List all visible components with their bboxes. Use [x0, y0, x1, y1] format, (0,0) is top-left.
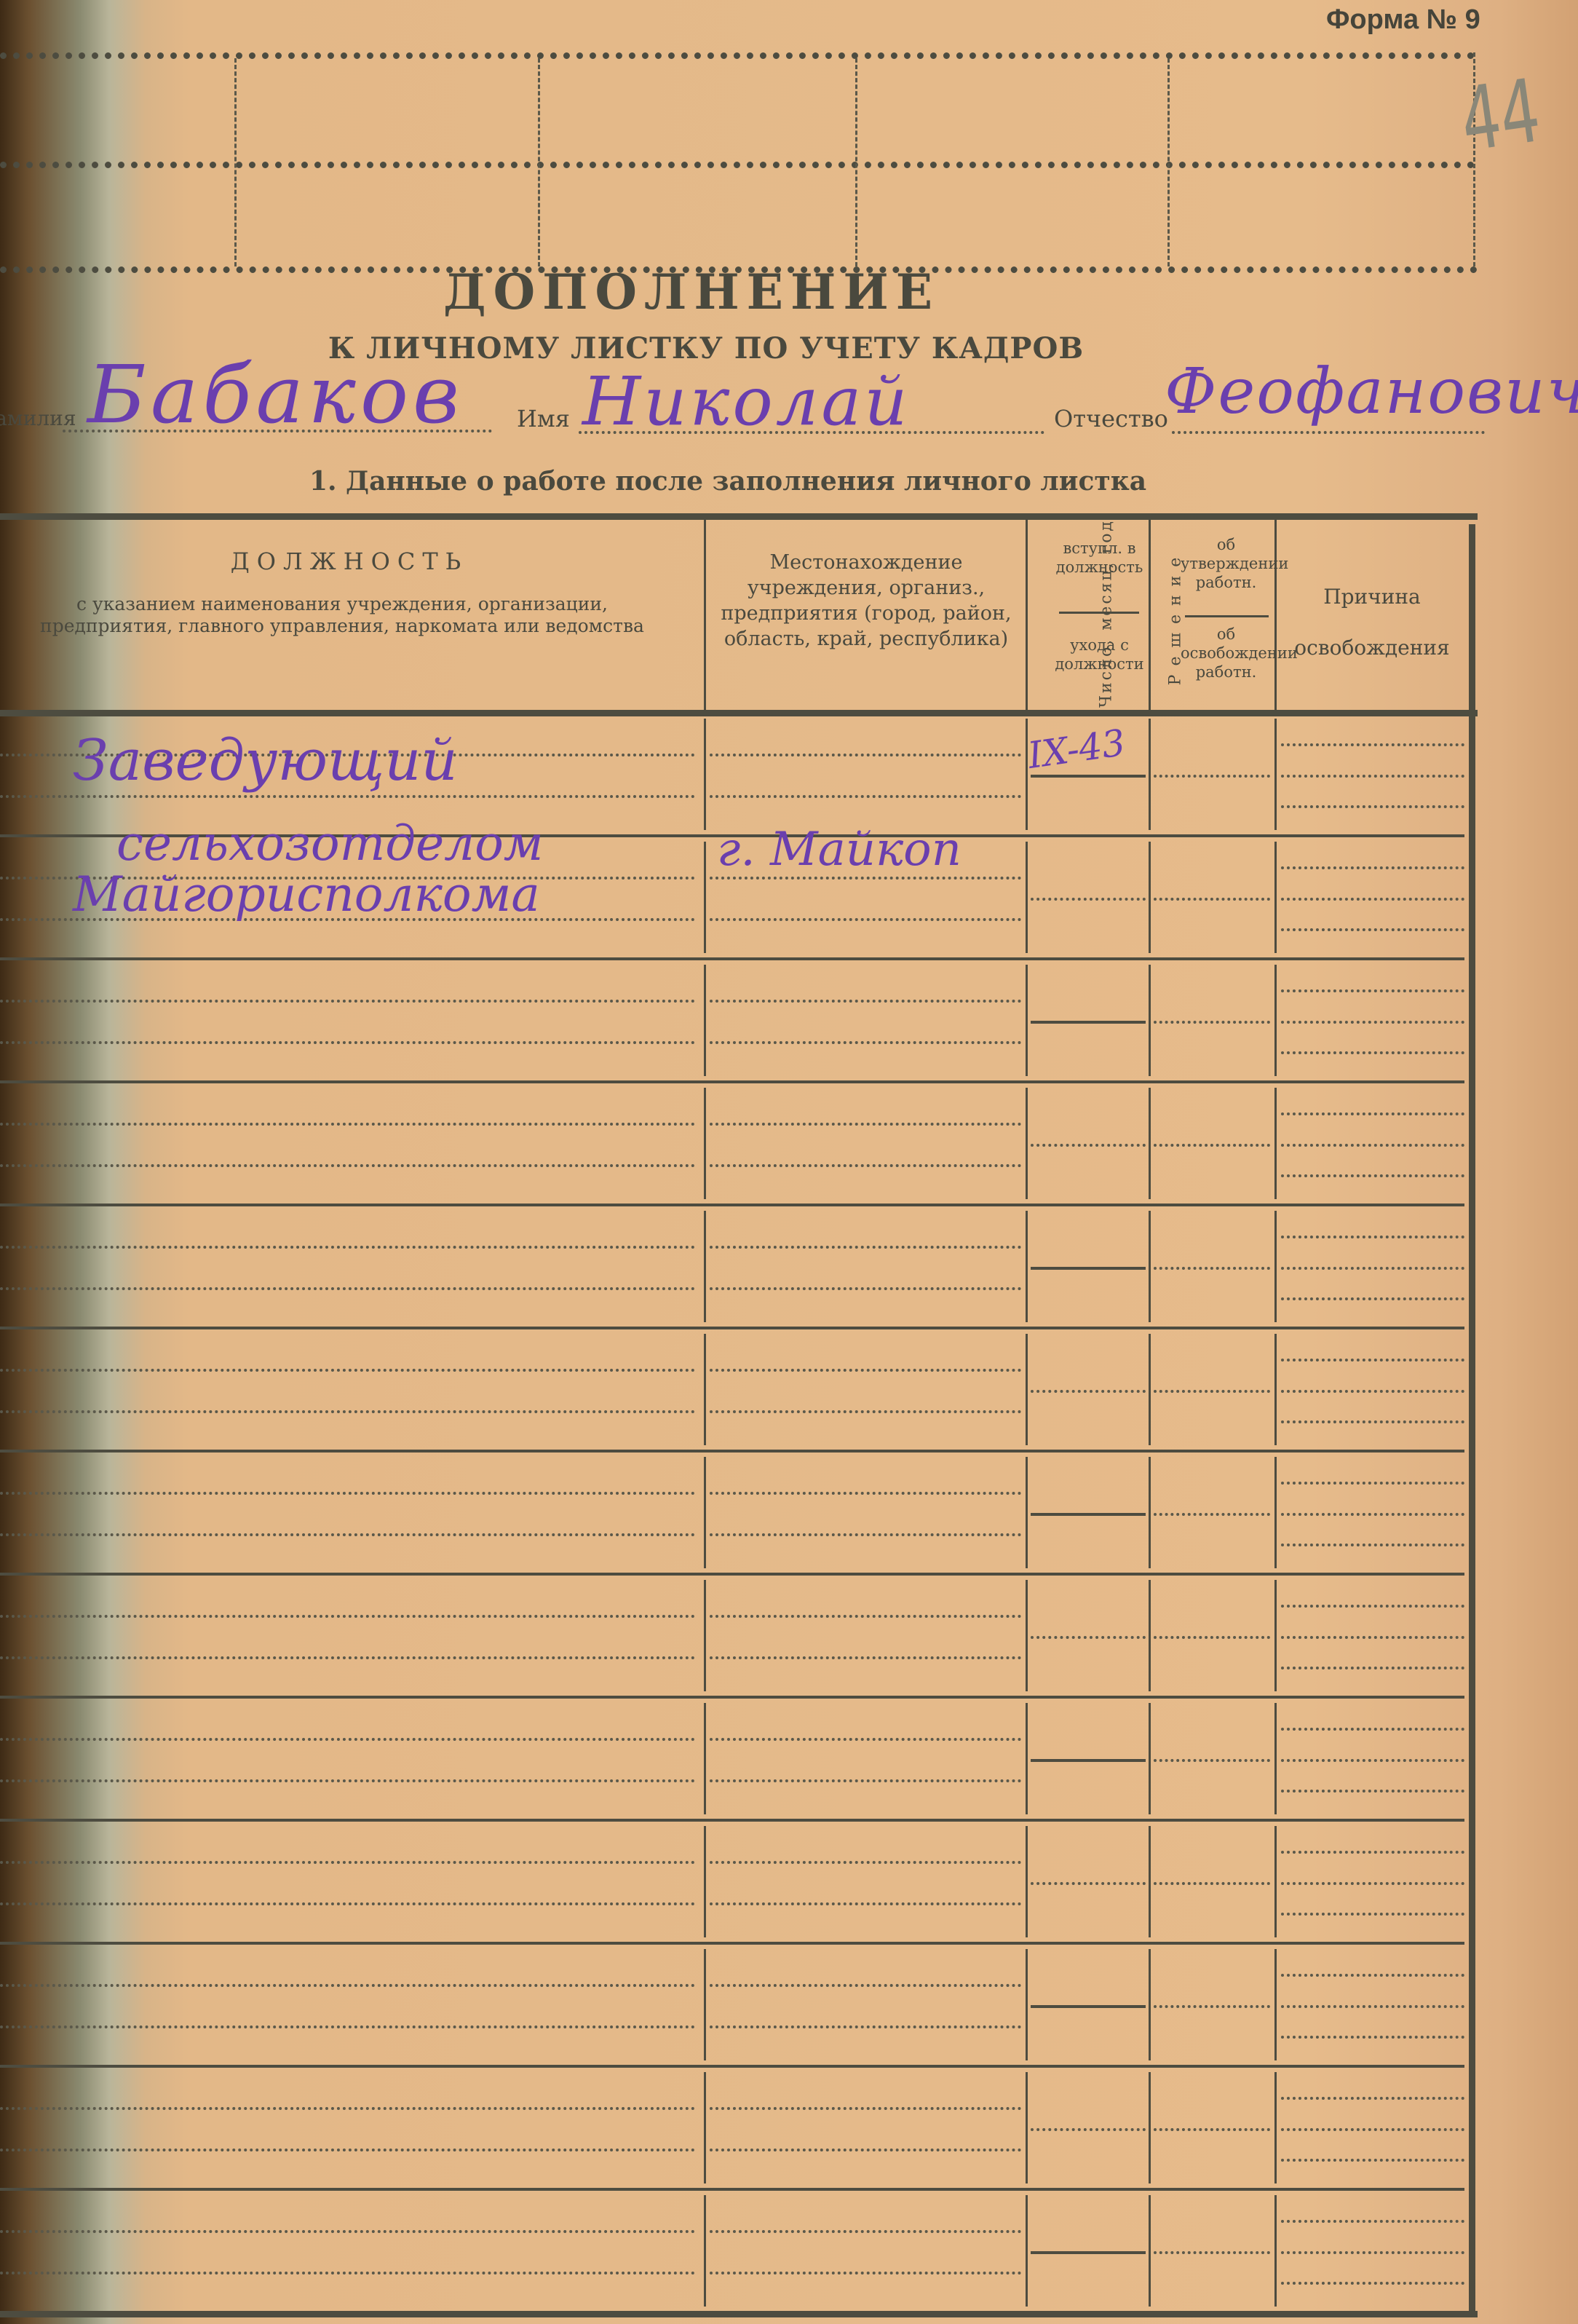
table-row-empty — [0, 1082, 1478, 1205]
col-header-decision-approve: об утверждении работн. — [1181, 535, 1272, 592]
col-header-date-entry: вступл. в должность — [1054, 539, 1145, 577]
table-row-empty — [0, 1820, 1478, 1943]
table-row-empty — [0, 1451, 1478, 1574]
col-header-location: Местонахождение учреждения, организ., пр… — [717, 550, 1015, 652]
table-body — [0, 713, 1478, 2312]
location-cell[interactable]: г. Майкоп — [717, 823, 962, 877]
col-header-date-exit: ухода с должности — [1054, 636, 1145, 673]
col-header-reason: Причина освобождения — [1285, 572, 1459, 673]
table-row-empty — [0, 2189, 1478, 2312]
surname-label: Фамилия — [0, 406, 76, 430]
table-row-empty — [0, 1697, 1478, 1820]
table-row-empty — [0, 2066, 1478, 2189]
col-header-position: ДОЛЖНОСТЬ — [109, 548, 590, 575]
col-header-decision-release: об освобождении работн. — [1181, 625, 1272, 681]
patronymic-field[interactable]: Феофанович — [1165, 355, 1578, 428]
surname-field[interactable]: Бабаков — [87, 348, 464, 441]
name-field[interactable]: Николай — [582, 363, 911, 440]
patronymic-label: Отчество — [1054, 405, 1168, 432]
archive-page-mark: 44 — [1455, 60, 1546, 172]
name-label: Имя — [517, 405, 570, 432]
table-row-empty — [0, 1574, 1478, 1697]
table-row-empty — [0, 959, 1478, 1082]
table-row-empty — [0, 1328, 1478, 1451]
table-row-empty — [0, 1943, 1478, 2066]
position-line-2[interactable]: сельхозотделом — [116, 815, 544, 871]
position-line-1[interactable]: Заведующий — [73, 728, 458, 794]
form-number: Форма № 9 — [1326, 4, 1480, 36]
section-title: 1. Данные о работе после заполнения личн… — [218, 466, 1237, 497]
document-title: ДОПОЛНЕНИЕ — [364, 264, 1019, 320]
position-line-3[interactable]: Майгорисполкома — [73, 866, 540, 922]
table-row-empty — [0, 1205, 1478, 1328]
col-header-position-desc: с указанием наименования учреждения, орг… — [15, 593, 670, 637]
